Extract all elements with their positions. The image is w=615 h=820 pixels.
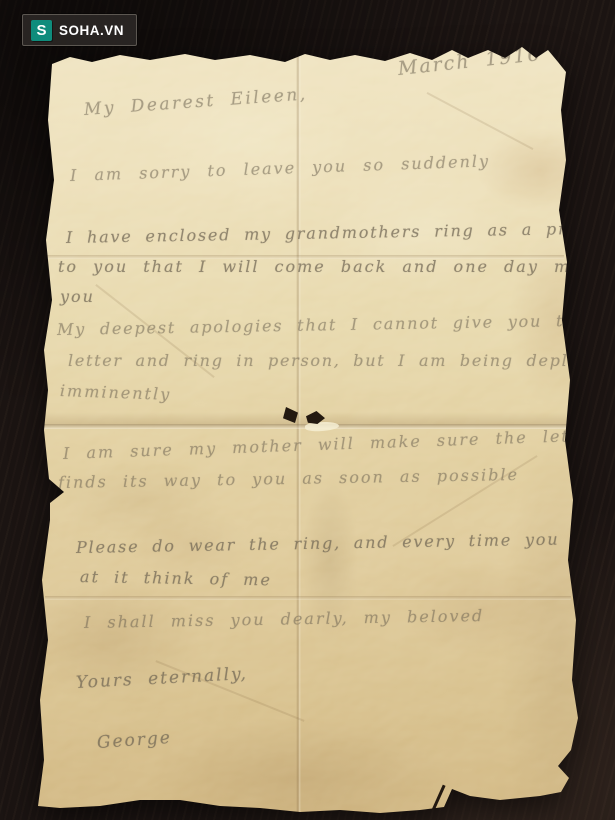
crumple-texture (0, 0, 615, 820)
letter-paper-wrapper: March 1916 My Dearest Eileen, I am sorry… (0, 0, 615, 820)
soha-logo-icon: S (31, 20, 52, 41)
letter-body-line: you (60, 287, 95, 306)
letter-body-line: letter and ring in person, but I am bein… (68, 351, 614, 370)
soha-watermark: S SOHA.VN (22, 14, 137, 46)
letter-photo: March 1916 My Dearest Eileen, I am sorry… (0, 0, 615, 820)
soha-site-name: SOHA.VN (59, 23, 124, 38)
letter-body-line: to you that I will come back and one day… (58, 257, 613, 276)
letter-body-line: at it think of me (80, 567, 272, 589)
letter-body-line: imminently (60, 381, 172, 404)
letter-paper: March 1916 My Dearest Eileen, I am sorry… (0, 0, 615, 820)
